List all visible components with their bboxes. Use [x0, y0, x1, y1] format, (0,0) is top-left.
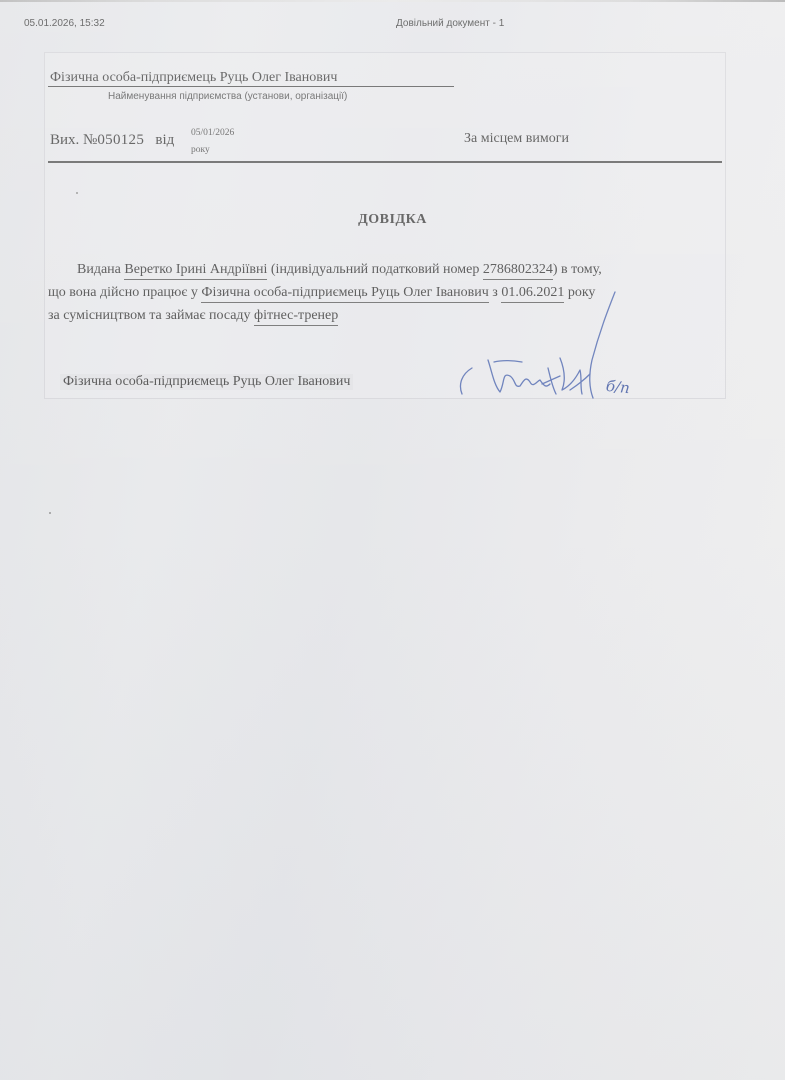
outgoing-from-label: від — [155, 132, 174, 148]
line1-tail: ) в тому, — [553, 262, 602, 277]
organization-name: Фізична особа-підприємець Руць Олег Іван… — [50, 70, 337, 86]
position-field: фітнес-тренер — [254, 308, 338, 326]
issued-label: Видана — [77, 262, 124, 277]
print-timestamp: 05.01.2026, 15:32 — [24, 18, 105, 29]
outgoing-number-value: 050125 — [97, 132, 144, 148]
person-name-field: Веретко Ірині Андріївні — [124, 262, 267, 280]
paper-top-edge — [0, 0, 785, 2]
signer-name: Фізична особа-підприємець Руць Олег Іван… — [60, 374, 353, 390]
body-line-3: за сумісництвом та займає посаду фітнес-… — [48, 308, 338, 326]
tax-number-label: (індивідуальний податковий номер — [267, 262, 482, 277]
print-document-title: Довільний документ - 1 — [396, 18, 504, 29]
handwritten-signature-icon — [430, 290, 700, 420]
body-line-1: Видана Веретко Ірині Андріївні (індивіду… — [77, 262, 602, 280]
header-rule — [48, 161, 722, 163]
print-header: 05.01.2026, 15:32 Довільний документ - 1 — [24, 18, 761, 34]
works-at-label: що вона дійсно працює у — [48, 285, 201, 300]
paper-speck — [76, 192, 78, 194]
addressee: За місцем вимоги — [464, 131, 569, 147]
document-heading: ДОВІДКА — [0, 212, 785, 228]
organization-underline — [48, 86, 454, 87]
outgoing-number: Вих. №050125 від — [50, 132, 174, 149]
tax-number-field: 2786802324 — [483, 262, 553, 280]
outgoing-year-label: року — [191, 145, 210, 155]
outgoing-prefix: Вих. № — [50, 132, 97, 148]
paper-speck — [49, 512, 51, 514]
position-label: за сумісництвом та займає посаду — [48, 308, 254, 323]
outgoing-date: 05/01/2026 — [191, 128, 234, 138]
handwritten-no-stamp-note: б/п — [605, 377, 631, 397]
organization-caption: Найменування підприємства (установи, орг… — [108, 91, 347, 102]
